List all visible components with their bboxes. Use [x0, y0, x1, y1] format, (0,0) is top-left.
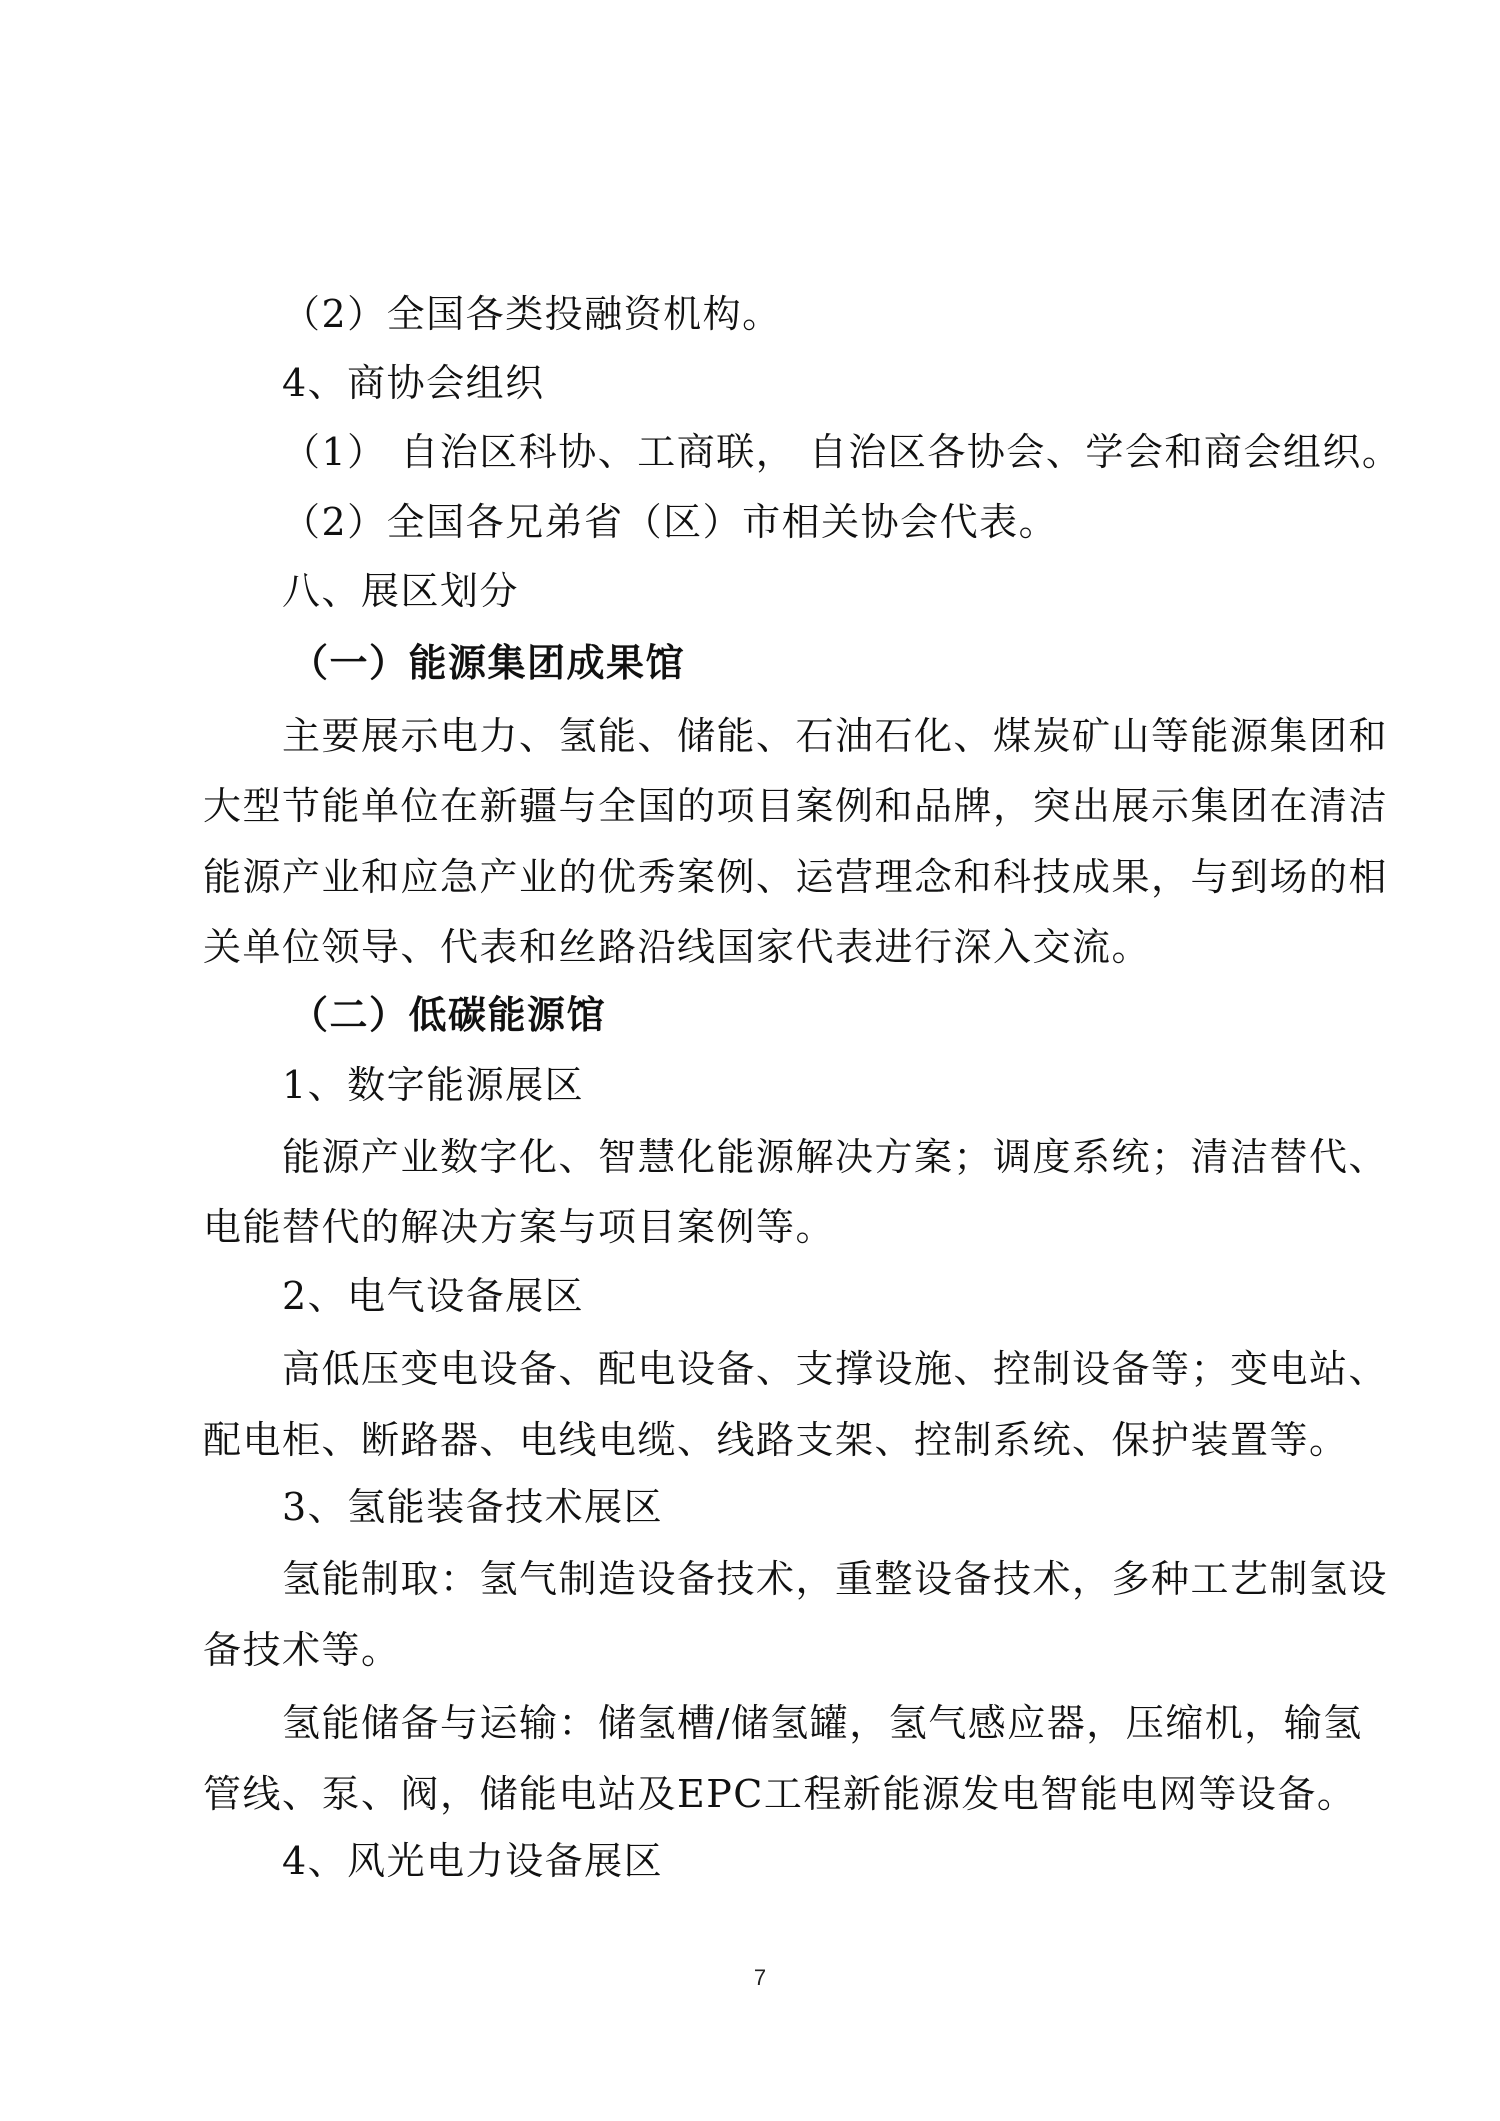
list-item: （2）全国各类投融资机构。: [282, 284, 1322, 344]
page-number: 7: [740, 1965, 780, 1991]
list-item: （1） 自治区科协、工商联， 自治区各协会、学会和商会组织。: [282, 422, 1322, 482]
paragraph-line: 配电柜、断路器、电线电缆、线路支架、控制系统、保护装置等。: [203, 1410, 1323, 1470]
list-item: 2、电气设备展区: [282, 1266, 1322, 1326]
paragraph-line: 管线、泵、阀，储能电站及EPC工程新能源发电智能电网等设备。: [203, 1764, 1323, 1824]
paragraph-line: 氢能制取：氢气制造设备技术，重整设备技术，多种工艺制氢设: [282, 1549, 1322, 1609]
paragraph-line: 能源产业数字化、智慧化能源解决方案；调度系统；清洁替代、: [282, 1127, 1322, 1187]
list-item: 3、氢能装备技术展区: [282, 1477, 1322, 1537]
paragraph-line: 电能替代的解决方案与项目案例等。: [203, 1197, 1323, 1257]
paragraph-line: 高低压变电设备、配电设备、支撑设施、控制设备等；变电站、: [282, 1339, 1322, 1399]
paragraph-line: 大型节能单位在新疆与全国的项目案例和品牌，突出展示集团在清洁: [203, 776, 1323, 836]
paragraph-line: 主要展示电力、氢能、储能、石油石化、煤炭矿山等能源集团和: [282, 706, 1322, 766]
paragraph-line: 备技术等。: [203, 1620, 1323, 1680]
list-item: 4、风光电力设备展区: [282, 1831, 1322, 1891]
list-item: 1、数字能源展区: [282, 1055, 1322, 1115]
subsection-heading: （一）能源集团成果馆: [290, 633, 1410, 693]
paragraph-line: 氢能储备与运输：储氢槽/储氢罐，氢气感应器，压缩机，输氢: [282, 1693, 1322, 1753]
list-item: 4、商协会组织: [282, 353, 1322, 413]
section-heading: 八、展区划分: [282, 561, 1402, 621]
paragraph-line: 关单位领导、代表和丝路沿线国家代表进行深入交流。: [203, 917, 1323, 977]
paragraph-line: 能源产业和应急产业的优秀案例、运营理念和科技成果，与到场的相: [203, 847, 1323, 907]
subsection-heading: （二）低碳能源馆: [290, 985, 1410, 1045]
list-item: （2）全国各兄弟省（区）市相关协会代表。: [282, 492, 1322, 552]
